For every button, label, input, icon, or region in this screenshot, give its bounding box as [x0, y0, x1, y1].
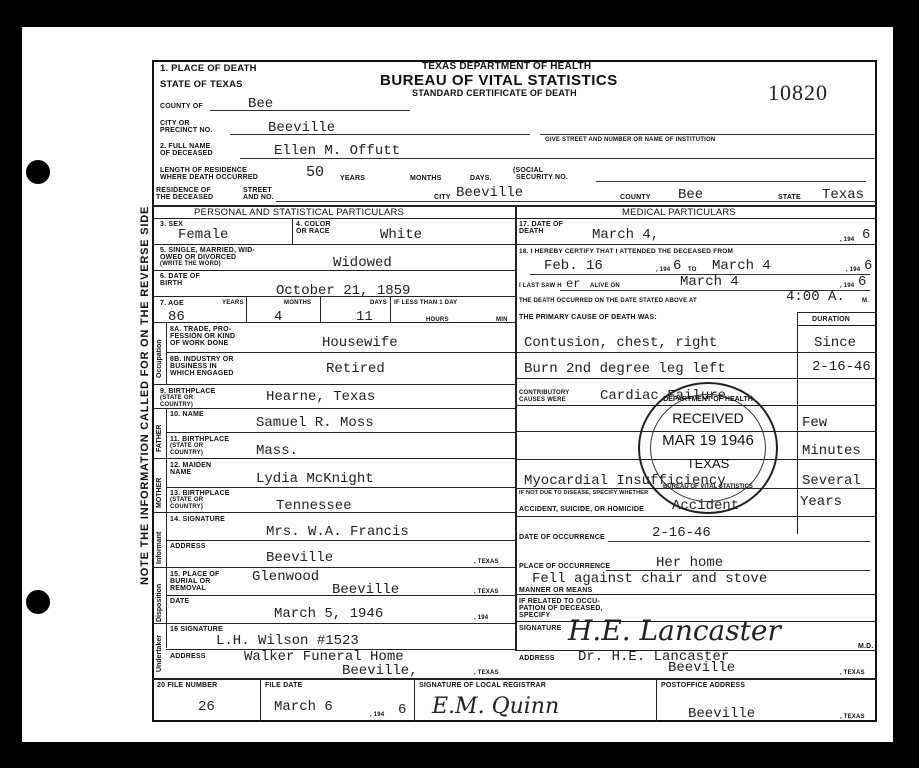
city-underline: [230, 134, 530, 135]
mother-birthplace-value: Tennessee: [276, 499, 352, 513]
occurrence-date-value: 2-16-46: [652, 526, 711, 540]
manner-label: MANNER OR MEANS: [519, 587, 592, 594]
street-label-1: STREET: [243, 187, 272, 194]
attended-from-year-prefix: , 194: [656, 267, 670, 274]
file-year-prefix: , 194: [370, 712, 384, 719]
undertaker-addr-1: Walker Funeral Home: [244, 650, 404, 664]
undertaker-addr-2: Beeville,: [342, 664, 418, 678]
duration-5-value: Several: [802, 474, 861, 488]
ssn-label-2: SECURITY NO.: [516, 174, 568, 181]
postoffice-texas-label: , TEXAS: [840, 714, 865, 721]
duration-1-value: Since: [814, 336, 856, 350]
attended-to-year: 6: [864, 259, 872, 273]
informant-addr-value: Beeville: [266, 551, 333, 565]
city-value: Beeville: [268, 121, 335, 135]
file-year: 6: [398, 703, 406, 717]
rule: [152, 384, 515, 385]
attended-to-value: March 4: [712, 259, 771, 273]
duration-4-value: Minutes: [802, 444, 861, 458]
mother-birthplace-label-3: COUNTRY): [170, 504, 203, 511]
to-label: TO: [688, 267, 697, 274]
residence-length-label-2: WHERE DEATH OCCURRED: [160, 174, 258, 181]
rule: [320, 296, 321, 322]
marital-label-1: 5. SINGLE, MARRIED, WID-: [160, 247, 255, 254]
father-side-label: FATHER: [156, 425, 163, 452]
city-label-2: PRECINCT NO.: [160, 127, 213, 134]
months-label: MONTHS: [410, 175, 442, 182]
residence-years-value: 50: [306, 166, 324, 180]
race-value: White: [380, 228, 422, 242]
certify-label: 18. I HEREBY CERTIFY THAT I ATTENDED THE…: [519, 248, 733, 255]
attended-from-value: Feb. 16: [544, 259, 603, 273]
dod-year: 6: [862, 228, 870, 242]
rule: [152, 512, 515, 513]
county-value: Bee: [248, 97, 273, 111]
residence-label-2: THE DECEASED: [156, 194, 213, 201]
physician-sig-label: SIGNATURE: [519, 625, 562, 632]
not-disease-label: IF NOT DUE TO DISEASE, SPECIFY WHETHER: [519, 490, 648, 497]
duration-3-value: Few: [802, 416, 827, 430]
alive-on-label: ALIVE ON: [590, 283, 620, 290]
rule: [292, 218, 293, 244]
rule: [390, 296, 391, 322]
full-name-label-2: OF DECEASED: [160, 150, 213, 157]
institution-underline: [540, 134, 875, 135]
certificate-subtitle: STANDARD CERTIFICATE OF DEATH: [412, 88, 577, 98]
rule: [166, 322, 167, 384]
full-name-label-1: 2. FULL NAME: [160, 143, 211, 150]
rule: [608, 541, 870, 542]
center-divider: [515, 205, 517, 650]
rule: [152, 322, 515, 323]
res-city-label: CITY: [434, 194, 451, 201]
years-label: YEARS: [340, 175, 365, 182]
cause-2-value: Burn 2nd degree leg left: [524, 362, 726, 376]
undertaker-side-label: Undertaker: [156, 635, 163, 672]
death-time-value: 4:00 A.: [786, 290, 845, 304]
dod-label-1: 17. DATE OF: [519, 221, 563, 228]
physician-signature: H.E. Lancaster: [568, 614, 781, 647]
rule: [152, 408, 515, 409]
rule: [166, 408, 167, 648]
last-saw-date: March 4: [680, 275, 739, 289]
bureau-title: BUREAU OF VITAL STATISTICS: [380, 73, 618, 88]
rule: [656, 678, 657, 722]
cause-1-value: Contusion, chest, right: [524, 336, 717, 350]
file-number-label: 20 FILE NUMBER: [157, 682, 217, 689]
occupation-related-label-2: PATION OF DECEASED,: [519, 605, 603, 612]
age-months-label: MONTHS: [284, 300, 311, 307]
attended-from-year: 6: [673, 259, 681, 273]
duration-6-value: Years: [800, 495, 842, 509]
trade-label-1: 8A. TRADE, PRO-: [170, 326, 231, 333]
informant-value: Mrs. W.A. Francis: [266, 525, 409, 539]
trade-label-3: OF WORK DONE: [170, 340, 228, 347]
md-label: M.D.: [858, 643, 874, 650]
birthplace-label-1: 9. BIRTHPLACE: [160, 388, 216, 395]
dob-label-1: 6. DATE OF: [160, 273, 200, 280]
rule: [152, 244, 515, 245]
rule: [166, 540, 515, 541]
res-city-value: Beeville: [456, 186, 523, 200]
rule: [515, 516, 877, 517]
registrar-label: SIGNATURE OF LOCAL REGISTRAR: [419, 682, 546, 689]
rule: [152, 218, 515, 219]
place-of-death-label: 1. PLACE OF DEATH: [160, 64, 257, 74]
burial-place-value: Glenwood: [252, 570, 319, 584]
marital-label-2: OWED OR DIVORCED: [160, 254, 236, 261]
lt-day-label: IF LESS THAN 1 DAY: [394, 300, 457, 307]
side-note: NOTE THE INFORMATION CALLED FOR ON THE R…: [139, 206, 151, 585]
street-label-2: AND NO.: [243, 194, 274, 201]
father-birthplace-label-2: (STATE OR: [170, 443, 203, 450]
age-days-label: DAYS: [370, 300, 387, 307]
stamp-date: MAR 19 1946: [640, 432, 776, 449]
occupation-related-label-1: IF RELATED TO OCCU-: [519, 598, 600, 605]
rule: [515, 352, 877, 353]
physician-texas-label: , TEXAS: [840, 670, 865, 677]
duration-label: DURATION: [812, 316, 850, 323]
stamp-arc-top: DEPARTMENT OF HEALTH: [640, 396, 776, 403]
registrar-signature: E.M. Quinn: [432, 694, 559, 719]
mother-birthplace-label-1: 13. BIRTHPLACE: [170, 490, 230, 497]
dob-label-2: BIRTH: [160, 280, 182, 287]
physician-addr-label: ADDRESS: [519, 655, 555, 662]
medical-section-title: MEDICAL PARTICULARS: [622, 208, 736, 218]
disposition-side-label: Disposition: [156, 584, 163, 622]
rule: [515, 218, 877, 219]
sex-value: Female: [178, 228, 228, 242]
burial-194-label: , 194: [474, 615, 488, 622]
dod-value: March 4,: [592, 228, 659, 242]
residence-length-label-1: LENGTH OF RESIDENCE: [160, 167, 247, 174]
certificate-number: 10820: [768, 80, 828, 106]
county-label: COUNTY OF: [160, 103, 203, 110]
residence-label-1: RESIDENCE OF: [156, 187, 211, 194]
contributory-label-1: CONTRIBUTORY: [519, 390, 569, 397]
rule: [166, 595, 515, 596]
father-birthplace-label-3: COUNTRY): [170, 450, 203, 457]
punch-hole-bottom: [26, 590, 50, 614]
rule: [152, 458, 515, 459]
last-saw-label: I LAST SAW H: [519, 283, 562, 290]
mother-name-label-1: 12. MAIDEN: [170, 462, 211, 469]
mother-name-value: Lydia McKnight: [256, 472, 374, 486]
burial-label-2: BURIAL OR: [170, 578, 211, 585]
stamp-arc-bottom: BUREAU OF VITAL STATISTICS: [640, 484, 776, 490]
rule: [515, 244, 877, 245]
ssn-underline: [596, 181, 866, 182]
accident-label: ACCIDENT, SUICIDE, OR HOMICIDE: [519, 506, 644, 513]
age-years-label: YEARS: [222, 300, 244, 307]
rule: [797, 312, 798, 534]
file-date-label: FILE DATE: [265, 682, 302, 689]
residence-underline: [276, 201, 876, 202]
informant-side-label: Informant: [156, 532, 163, 564]
trade-label-2: FESSION OR KIND: [170, 333, 235, 340]
undertaker-texas-label: , TEXAS: [474, 670, 499, 677]
undertaker-sig-label: 16 SIGNATURE: [170, 626, 223, 633]
father-birthplace-label-1: 11. BIRTHPLACE: [170, 436, 229, 443]
rule: [166, 352, 515, 353]
dod-label-2: DEATH: [519, 228, 544, 235]
mother-side-label: MOTHER: [156, 478, 163, 508]
rule: [152, 270, 515, 271]
marital-label-3: (WRITE THE WORD): [160, 261, 221, 268]
stamp-received: RECEIVED: [640, 410, 776, 426]
rule: [414, 678, 415, 722]
occurrence-place-label: PLACE OF OCCURRENCE: [519, 563, 610, 570]
last-saw-her: er: [566, 277, 580, 291]
postoffice-value: Beeville: [688, 707, 755, 721]
state-label: STATE OF TEXAS: [160, 80, 243, 90]
informant-addr-label: ADDRESS: [170, 543, 206, 550]
occurrence-date-label: DATE OF OCCURRENCE: [519, 534, 605, 541]
race-label-2: OR RACE: [296, 228, 330, 235]
death-time-label: THE DEATH OCCURRED ON THE DATE STATED AB…: [519, 298, 697, 305]
father-birthplace-value: Mass.: [256, 444, 298, 458]
rule: [260, 678, 261, 722]
contributory-label-2: CAUSES WERE: [519, 397, 566, 404]
burial-date-label: DATE: [170, 598, 189, 605]
industry-label-1: 8B. INDUSTRY OR: [170, 356, 234, 363]
informant-sig-label: 14. SIGNATURE: [170, 516, 225, 523]
rule: [515, 378, 877, 379]
file-date-value: March 6: [274, 700, 333, 714]
name-underline: [240, 158, 875, 159]
burial-label-1: 15. PLACE OF: [170, 571, 219, 578]
rule: [797, 325, 877, 326]
undertaker-addr-label: ADDRESS: [170, 653, 206, 660]
father-name-value: Samuel R. Moss: [256, 416, 374, 430]
res-county-value: Bee: [678, 188, 703, 202]
father-name-label: 10. NAME: [170, 411, 204, 418]
birthplace-label-2: (STATE OR: [160, 395, 193, 402]
rule: [515, 594, 877, 595]
dod-year-prefix: , 194: [840, 237, 854, 244]
m-label: M.: [862, 298, 869, 305]
rule: [797, 312, 877, 313]
rule: [152, 296, 515, 297]
birthplace-value: Hearne, Texas: [266, 390, 375, 404]
county-underline: [210, 110, 410, 111]
occurrence-place-value: Her home: [656, 556, 723, 570]
days-label: DAYS.: [470, 175, 492, 182]
full-name-value: Ellen M. Offutt: [274, 144, 400, 158]
occupation-related-label-3: SPECIFY: [519, 612, 550, 619]
marital-value: Widowed: [333, 256, 392, 270]
last-saw-year: 6: [858, 275, 866, 289]
personal-section-title: PERSONAL AND STATISTICAL PARTICULARS: [194, 208, 404, 218]
physician-addr-2: Beeville: [668, 661, 735, 675]
mother-name-label-2: NAME: [170, 469, 191, 476]
duration-2-value: 2-16-46: [812, 360, 871, 374]
informant-texas-label: , TEXAS: [474, 559, 499, 566]
res-state-value: Texas: [822, 188, 864, 202]
rule: [246, 296, 247, 322]
undertaker-value: L.H. Wilson #1523: [216, 634, 359, 648]
stamp-state: TEXAS: [640, 456, 776, 471]
occupation-side-label: Occupation: [156, 339, 163, 378]
industry-label-2: BUSINESS IN: [170, 363, 217, 370]
file-number-value: 26: [198, 700, 215, 714]
rule: [152, 567, 515, 568]
received-stamp: DEPARTMENT OF HEALTH RECEIVED MAR 19 194…: [638, 382, 778, 514]
punch-hole-top: [26, 160, 50, 184]
attended-to-year-prefix: , 194: [846, 267, 860, 274]
race-label-1: 4. COLOR: [296, 221, 331, 228]
trade-value: Housewife: [322, 336, 398, 350]
ssn-label-1: (SOCIAL: [513, 167, 543, 174]
age-label: 7. AGE: [160, 300, 184, 307]
industry-value: Retired: [326, 362, 385, 376]
institution-label: GIVE STREET AND NUMBER OR NAME OF INSTIT…: [545, 137, 715, 144]
primary-cause-label: THE PRIMARY CAUSE OF DEATH WAS:: [519, 314, 657, 321]
postoffice-label: POSTOFFICE ADDRESS: [661, 682, 745, 689]
burial-date-value: March 5, 1946: [274, 607, 383, 621]
rule: [166, 432, 515, 433]
rule: [152, 623, 515, 624]
mother-birthplace-label-2: (STATE OR: [170, 497, 203, 504]
res-county-label: COUNTY: [620, 194, 651, 201]
burial-label-3: REMOVAL: [170, 585, 206, 592]
res-state-label: STATE: [778, 194, 801, 201]
city-label-1: CITY OR: [160, 120, 190, 127]
dept-title: TEXAS DEPARTMENT OF HEALTH: [422, 62, 591, 72]
manner-value: Fell against chair and stove: [532, 572, 767, 586]
rule: [166, 487, 515, 488]
industry-label-3: WHICH ENGAGED: [170, 370, 234, 377]
